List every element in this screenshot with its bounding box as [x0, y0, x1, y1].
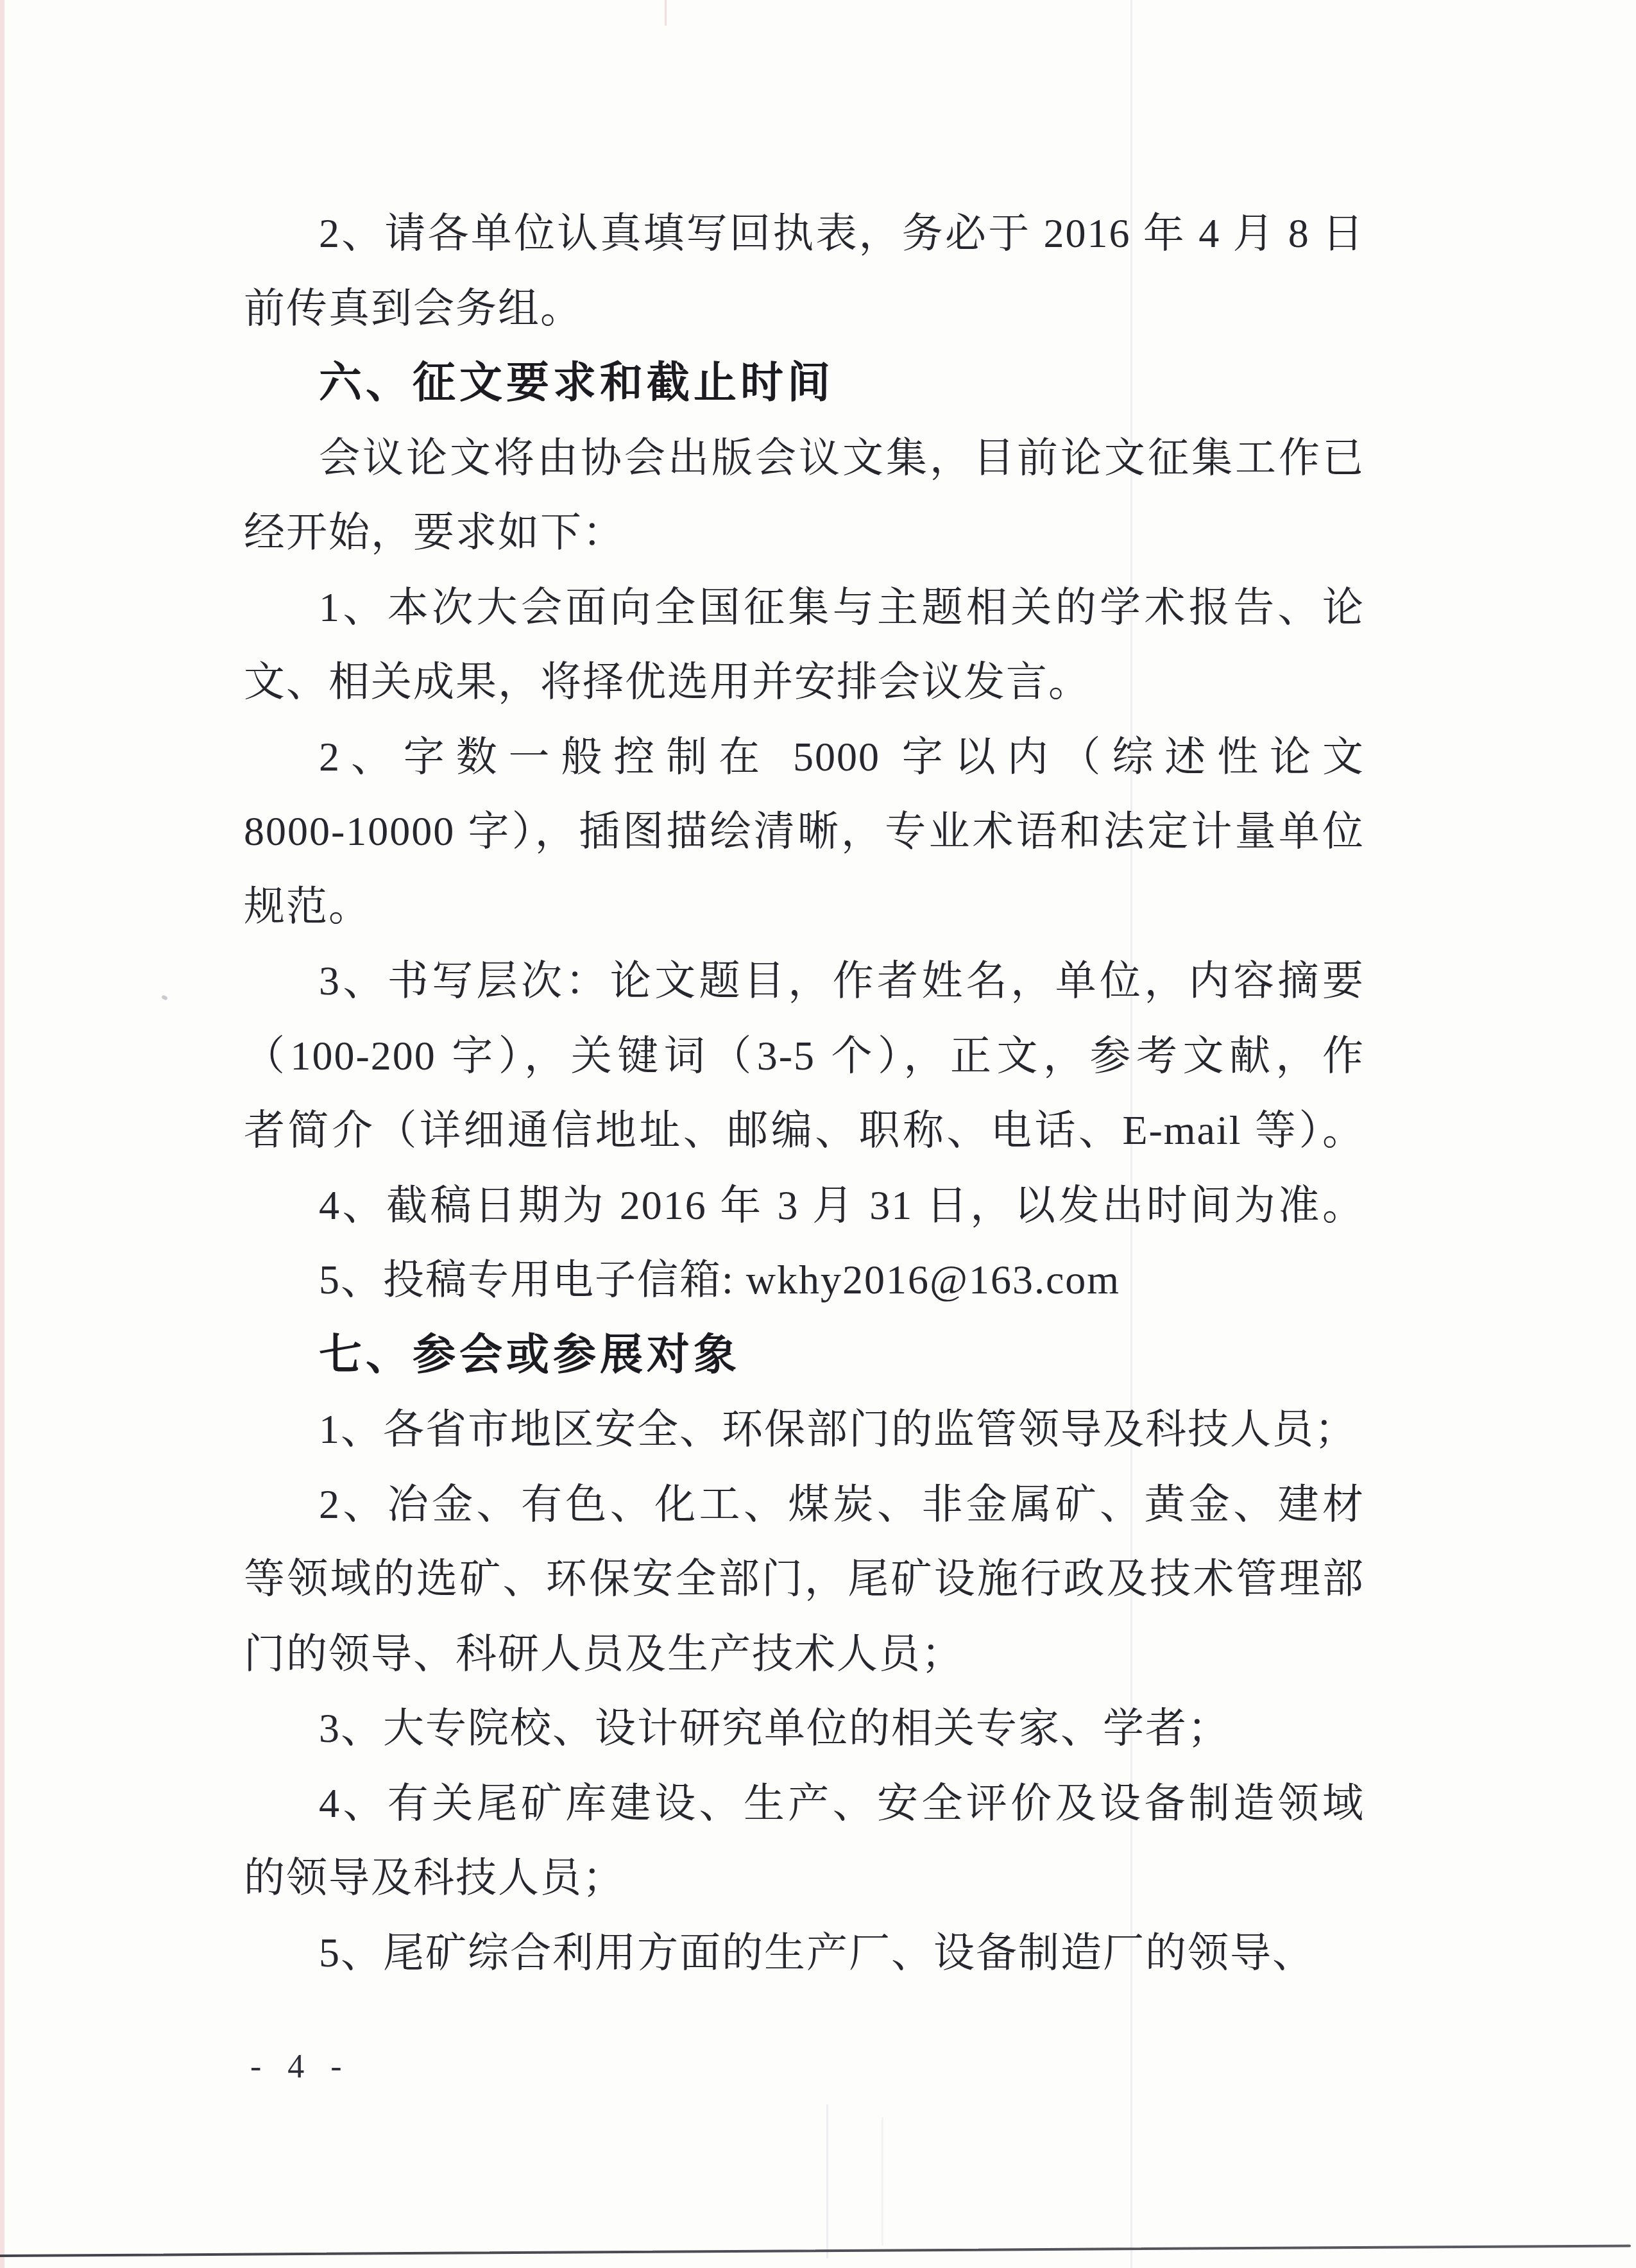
paragraph-line: 2、请各单位认真填写回执表，务必于 2016 年 4 月 8 日 [319, 206, 1365, 264]
scan-left-edge-artifact [0, 0, 4, 2268]
scanner-streak [882, 2117, 883, 2246]
page-number: - 4 - [250, 2048, 345, 2086]
paragraph-line: 文、相关成果，将择优选用并安排会议发言。 [244, 654, 1091, 712]
paragraph-line: 的领导及科技人员； [244, 1850, 625, 1908]
section-heading-call-for-papers: 六、征文要求和截止时间 [319, 355, 834, 413]
paragraph-line: 4、截稿日期为 2016 年 3 月 31 日，以发出时间为准。 [319, 1178, 1365, 1236]
paragraph-line: 规范。 [244, 879, 371, 937]
paragraph-line: 1、本次大会面向全国征集与主题相关的学术报告、论 [319, 580, 1365, 638]
paragraph-line: （100-200 字），关键词（3-5 个），正文，参考文献，作 [244, 1028, 1365, 1086]
section-heading-participants: 七、参会或参展对象 [319, 1327, 740, 1385]
submission-email-line: 5、投稿专用电子信箱: wkhy2016@163.com [319, 1252, 1120, 1310]
paragraph-line: 4、有关尾矿库建设、生产、安全评价及设备制造领域 [319, 1776, 1365, 1834]
paragraph-line: 2、字数一般控制在 5000 字以内（综述性论文 [319, 729, 1365, 787]
scan-bottom-edge-line [0, 2244, 1631, 2257]
scanned-document-page: 2、请各单位认真填写回执表，务必于 2016 年 4 月 8 日 前传真到会务组… [0, 0, 1636, 2268]
paragraph-line: 3、书写层次：论文题目，作者姓名，单位，内容摘要 [319, 953, 1365, 1011]
paragraph-line: 5、尾矿综合利用方面的生产厂、设备制造厂的领导、 [319, 1925, 1315, 1983]
paragraph-line: 会议论文将由协会出版会议文集，目前论文征集工作已 [319, 431, 1365, 488]
paragraph-line: 2、冶金、有色、化工、煤炭、非金属矿、黄金、建材 [319, 1477, 1365, 1535]
paragraph-line: 8000-10000 字），插图描绘清晰，专业术语和法定计量单位 [244, 804, 1365, 862]
paragraph-line: 1、各省市地区安全、环保部门的监管领导及科技人员； [319, 1402, 1357, 1460]
scan-speck-artifact [161, 994, 168, 1000]
scanner-streak [826, 2104, 828, 2258]
paragraph-line: 等领域的选矿、环保安全部门，尾矿设施行政及技术管理部 [244, 1551, 1365, 1609]
paragraph-line: 门的领导、科研人员及生产技术人员； [244, 1626, 964, 1684]
paragraph-line: 3、大专院校、设计研究单位的相关专家、学者； [319, 1701, 1230, 1759]
paragraph-line: 经开始，要求如下： [244, 505, 625, 563]
paragraph-line: 者简介（详细通信地址、邮编、职称、电话、E-mail 等）。 [244, 1103, 1365, 1161]
paragraph-line: 前传真到会务组。 [244, 281, 583, 339]
scanner-streak [665, 0, 667, 26]
